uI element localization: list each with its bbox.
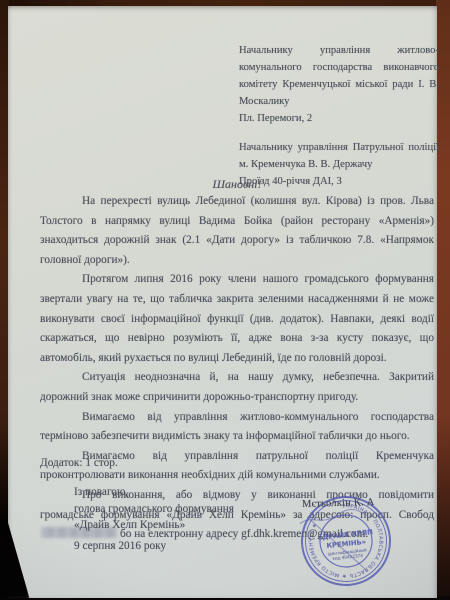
closing-organization: «Драйв Хелп Кремінь» <box>74 517 234 534</box>
addressee-name: Начальнику управління житлово-комунально… <box>239 42 439 110</box>
closing-respectfully: Із повагою, <box>74 484 234 501</box>
closing-title: голова громадського формування <box>74 501 234 518</box>
signer-name: Мєтьолкін К. А <box>302 497 375 510</box>
paragraph-sign-location: На перехресті вулиць Лебединої (колишня … <box>40 192 434 270</box>
addressee-name: Начальнику управління Патрульної поліції… <box>239 139 439 173</box>
paragraph-observation: Протягом липня 2016 року члени нашого гр… <box>40 270 434 368</box>
salutation: Шановні! <box>40 177 434 192</box>
attachment-note: Додаток: 1 стор. <box>40 457 118 469</box>
document-photo: Начальнику управління житлово-комунально… <box>0 0 450 600</box>
paragraph-danger: Ситуація неоднозначна й, на нашу думку, … <box>40 368 434 407</box>
addressee-block: Начальнику управління житлово-комунально… <box>239 42 439 190</box>
addressee-housing-dept: Начальнику управління житлово-комунально… <box>239 42 439 127</box>
letter-page: Начальнику управління житлово-комунально… <box>8 6 437 598</box>
closing-block: Із повагою, голова громадського формуван… <box>74 484 234 534</box>
paragraph-demand-housing: Вимагаємо від управління житлово-коммуна… <box>40 408 434 447</box>
addressee-address: Пл. Перемоги, 2 <box>239 110 439 127</box>
letter-date: 9 серпня 2016 року <box>74 540 166 552</box>
